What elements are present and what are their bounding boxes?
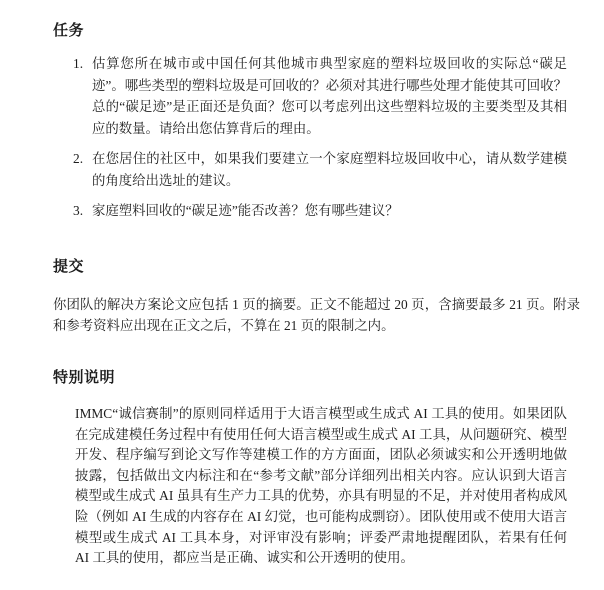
submission-heading: 提交	[53, 257, 604, 277]
task-item-3-text: 家庭塑料回收的“碳足迹”能否改善？您有哪些建议？	[92, 200, 567, 222]
special-notes-heading: 特别说明	[53, 368, 604, 388]
document-page: 任务 1. 估算您所在城市或中国任何其他城市典型家庭的塑料垃圾回收的实际总“碳足…	[0, 0, 604, 590]
section-submission: 提交 你团队的解决方案论文应包括 1 页的摘要。正文不能超过 20 页，含摘要最…	[0, 257, 604, 338]
task-item-2: 2. 在您居住的社区中，如果我们要建立一个家庭塑料垃圾回收中心，请从数学建模的角…	[73, 148, 567, 191]
submission-paragraph: 你团队的解决方案论文应包括 1 页的摘要。正文不能超过 20 页，含摘要最多 2…	[53, 294, 580, 338]
task-item-1-text: 估算您所在城市或中国任何其他城市典型家庭的塑料垃圾回收的实际总“碳足迹”。哪些类…	[92, 53, 567, 139]
task-list: 1. 估算您所在城市或中国任何其他城市典型家庭的塑料垃圾回收的实际总“碳足迹”。…	[73, 53, 567, 222]
task-item-3-number: 3.	[73, 200, 92, 222]
section-tasks: 任务 1. 估算您所在城市或中国任何其他城市典型家庭的塑料垃圾回收的实际总“碳足…	[0, 21, 604, 222]
task-item-2-text: 在您居住的社区中，如果我们要建立一个家庭塑料垃圾回收中心，请从数学建模的角度给出…	[92, 148, 567, 191]
task-item-1-number: 1.	[73, 53, 92, 139]
task-item-3: 3. 家庭塑料回收的“碳足迹”能否改善？您有哪些建议？	[73, 200, 567, 222]
task-item-1: 1. 估算您所在城市或中国任何其他城市典型家庭的塑料垃圾回收的实际总“碳足迹”。…	[73, 53, 567, 139]
section-special-notes: 特别说明 IMMC“诚信赛制”的原则同样适用于大语言模型或生成式 AI 工具的使…	[0, 368, 604, 569]
task-item-2-number: 2.	[73, 148, 92, 191]
tasks-heading: 任务	[53, 21, 604, 41]
special-notes-paragraph: IMMC“诚信赛制”的原则同样适用于大语言模型或生成式 AI 工具的使用。如果团…	[75, 404, 567, 569]
